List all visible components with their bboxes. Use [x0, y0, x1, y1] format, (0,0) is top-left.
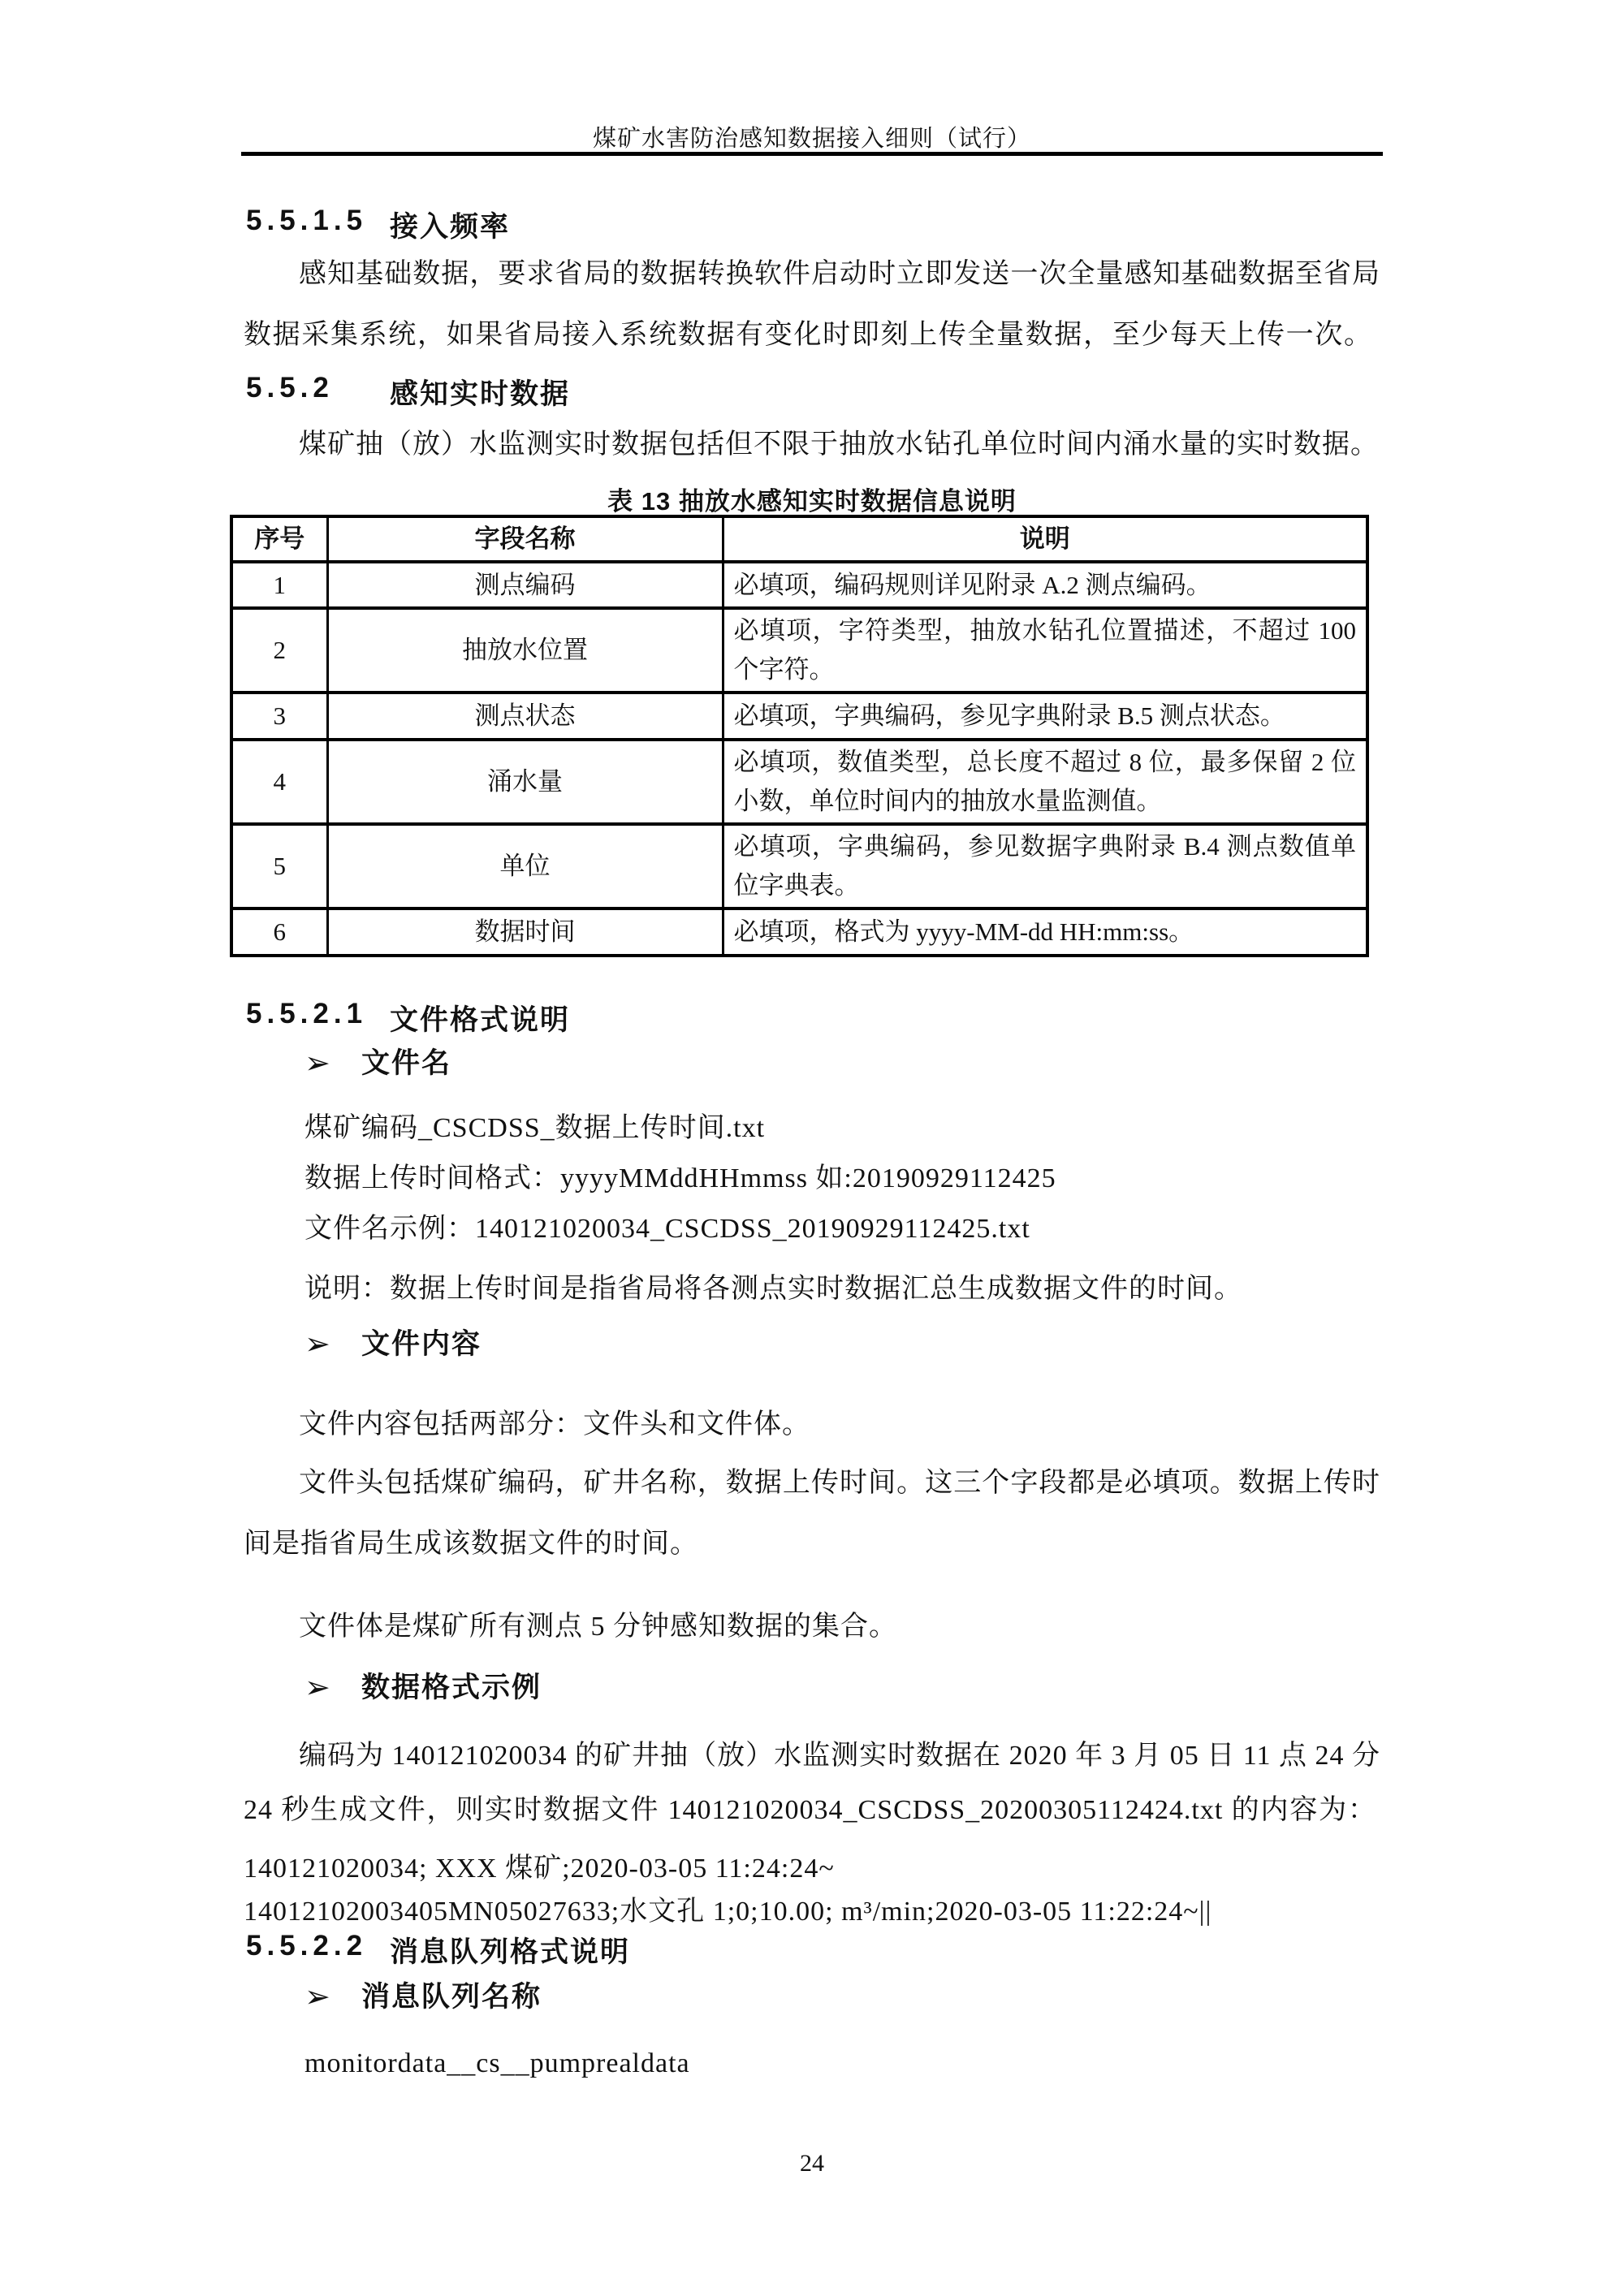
cell-no: 4: [231, 740, 327, 824]
cell-field: 测点编码: [327, 562, 723, 608]
bullet-title: 文件内容: [361, 1327, 482, 1362]
arrow-bullet-icon: ➢: [304, 1980, 330, 2014]
section-title: 接入频率: [390, 205, 510, 245]
queue-name-value: monitordata__cs__pumprealdata: [304, 2047, 690, 2080]
arrow-bullet-icon: ➢: [304, 1327, 330, 1362]
arrow-bullet-icon: ➢: [304, 1047, 330, 1081]
cell-field: 涌水量: [327, 740, 723, 824]
table-row: 4 涌水量 必填项，数值类型，总长度不超过 8 位，最多保留 2 位小数，单位时…: [231, 740, 1367, 824]
section-title: 文件格式说明: [390, 998, 570, 1038]
arrow-bullet-icon: ➢: [304, 1671, 330, 1705]
cell-desc: 必填项，格式为 yyyy-MM-dd HH:mm:ss。: [723, 908, 1367, 956]
cell-no: 6: [231, 908, 327, 956]
paragraph-line: 数据采集系统，如果省局接入系统数据有变化时即刻上传全量数据，至少每天上传一次。: [244, 318, 1372, 352]
bullet-title: 文件名: [361, 1047, 451, 1081]
cell-desc: 必填项，数值类型，总长度不超过 8 位，最多保留 2 位小数，单位时间内的抽放水…: [723, 740, 1367, 824]
paragraph-line: 煤矿抽（放）水监测实时数据包括但不限于抽放水钻孔单位时间内涌水量的实时数据。: [299, 428, 1379, 461]
table-header-row: 序号 字段名称 说明: [231, 516, 1367, 562]
cell-no: 1: [231, 562, 327, 608]
table-row: 3 测点状态 必填项，字典编码，参见字典附录 B.5 测点状态。: [231, 693, 1367, 740]
section-number: 5.5.2.1: [246, 998, 367, 1030]
col-header-desc: 说明: [723, 516, 1367, 562]
file-name-template: 煤矿编码_CSCDSS_数据上传时间.txt: [304, 1111, 765, 1145]
cell-field: 测点状态: [327, 693, 723, 740]
cell-desc: 必填项，编码规则详见附录 A.2 测点编码。: [723, 562, 1367, 608]
example-file-header: 140121020034; XXX 煤矿;2020-03-05 11:24:24…: [244, 1852, 835, 1885]
page-number: 24: [0, 2150, 1624, 2177]
paragraph-line: 间是指省局生成该数据文件的时间。: [244, 1527, 698, 1560]
table-row: 1 测点编码 必填项，编码规则详见附录 A.2 测点编码。: [231, 562, 1367, 608]
section-number: 5.5.2: [246, 372, 334, 404]
cell-no: 5: [231, 824, 327, 908]
cell-field: 单位: [327, 824, 723, 908]
paragraph-line: 感知基础数据，要求省局的数据转换软件启动时立即发送一次全量感知基础数据至省局: [299, 257, 1380, 291]
cell-field: 数据时间: [327, 908, 723, 956]
col-header-field: 字段名称: [327, 516, 723, 562]
section-number: 5.5.1.5: [246, 205, 367, 237]
section-title: 感知实时数据: [390, 372, 570, 412]
section-title: 消息队列格式说明: [390, 1930, 630, 1970]
table-row: 6 数据时间 必填项，格式为 yyyy-MM-dd HH:mm:ss。: [231, 908, 1367, 956]
table-caption: 表 13 抽放水感知实时数据信息说明: [0, 481, 1624, 517]
example-line: 编码为 140121020034 的矿井抽（放）水监测实时数据在 2020 年 …: [299, 1739, 1380, 1772]
table-row: 2 抽放水位置 必填项，字符类型，抽放水钻孔位置描述，不超过 100 个字符。: [231, 608, 1367, 693]
bullet-title: 数据格式示例: [361, 1671, 542, 1705]
paragraph-line: 文件体是煤矿所有测点 5 分钟感知数据的集合。: [299, 1610, 897, 1643]
bullet-title: 消息队列名称: [361, 1980, 542, 2014]
document-page: 煤矿水害防治感知数据接入细则（试行） 5.5.1.5 接入频率 感知基础数据，要…: [0, 0, 1624, 2296]
cell-desc: 必填项，字典编码，参见字典附录 B.5 测点状态。: [723, 693, 1367, 740]
file-note: 说明：数据上传时间是指省局将各测点实时数据汇总生成数据文件的时间。: [304, 1272, 1242, 1306]
cell-desc: 必填项，字符类型，抽放水钻孔位置描述，不超过 100 个字符。: [723, 608, 1367, 693]
table-row: 5 单位 必填项，字典编码，参见数据字典附录 B.4 测点数值单位字典表。: [231, 824, 1367, 908]
cell-field: 抽放水位置: [327, 608, 723, 693]
cell-no: 2: [231, 608, 327, 693]
cell-no: 3: [231, 693, 327, 740]
paragraph-line: 文件内容包括两部分：文件头和文件体。: [299, 1408, 810, 1441]
paragraph-line: 文件头包括煤矿编码，矿井名称，数据上传时间。这三个字段都是必填项。数据上传时: [299, 1466, 1380, 1500]
document-header-title: 煤矿水害防治感知数据接入细则（试行）: [0, 120, 1624, 153]
file-name-example: 文件名示例：140121020034_CSCDSS_20190929112425…: [304, 1212, 1030, 1245]
cell-desc: 必填项，字典编码，参见数据字典附录 B.4 测点数值单位字典表。: [723, 824, 1367, 908]
example-file-body: 14012102003405MN05027633;水文孔 1;0;10.00; …: [244, 1895, 1212, 1928]
header-rule: [241, 152, 1383, 156]
example-line: 24 秒生成文件，则实时数据文件 140121020034_CSCDSS_202…: [244, 1793, 1376, 1827]
data-spec-table: 序号 字段名称 说明 1 测点编码 必填项，编码规则详见附录 A.2 测点编码。…: [230, 515, 1369, 957]
section-number: 5.5.2.2: [246, 1930, 367, 1962]
file-time-format: 数据上传时间格式：yyyyMMddHHmmss 如:20190929112425: [304, 1162, 1056, 1195]
col-header-no: 序号: [231, 516, 327, 562]
